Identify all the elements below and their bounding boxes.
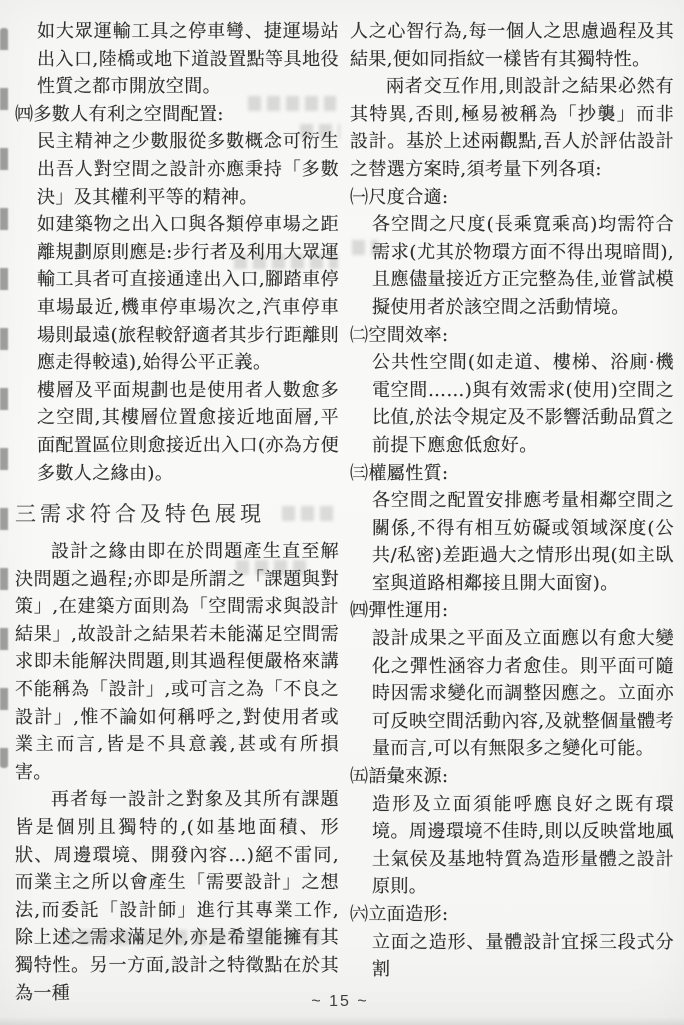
list-item-label: ㈣彈性運用: <box>350 597 674 625</box>
right-column: 人之心智行為,每一個人之思慮過程及其結果,便如同指紋一樣皆有其獨特性。兩者交互作… <box>350 18 674 984</box>
text-block: 如大眾運輸工具之停車彎、捷運場站出入口,陸橋或地下道設置點等具地役性質之都市開放… <box>37 18 339 101</box>
text-block: 各空間之配置安排應考量相鄰空間之關係,不得有相互妨礙或領域深度(公共/私密)差距… <box>372 487 674 597</box>
text-block: 再者每一設計之對象及其所有課題皆是個別且獨特的,(如基地面積、形狀、周邊環境、開… <box>15 786 339 1007</box>
scanned-document-page: 如大眾運輸工具之停車彎、捷運場站出入口,陸橋或地下道設置點等具地役性質之都市開放… <box>0 0 684 1025</box>
list-item-label: ㈤語彙來源: <box>350 763 674 791</box>
text-block: 立面之造形、量體設計宜採三段式分割 <box>372 929 674 984</box>
scan-edge-shadow <box>0 1017 684 1025</box>
section-heading: 三需求符合及特色展現 <box>15 497 339 531</box>
list-item-label: ㈠尺度合適: <box>350 184 674 212</box>
scan-gutter-artifact <box>0 28 8 768</box>
page-number: ~ 15 ~ <box>285 993 395 1011</box>
text-block: 樓層及平面規劃也是使用者人數愈多之空間,其樓層位置愈接近地面層,平面配置區位則愈… <box>37 377 339 487</box>
text-block: 民主精神之少數服從多數概念可衍生出吾人對空間之設計亦應秉持「多數決」及其權利平等… <box>37 128 339 211</box>
text-block: 兩者交互作用,則設計之結果必然有其特異,否則,極易被稱為「抄襲」而非設計。基於上… <box>350 73 674 183</box>
text-block: 造形及立面須能呼應良好之既有環境。周邊環境不佳時,則以反映當地風土氣侯及基地特質… <box>372 791 674 901</box>
text-block: 公共性空間(如走道、樓梯、浴廁·機電空間……)與有效需求(使用)空間之比值,於法… <box>372 349 674 459</box>
text-block: 設計成果之平面及立面應以有愈大變化之彈性涵容力者愈佳。則平面可隨時因需求變化而調… <box>372 625 674 763</box>
list-item-label: ㈢權屬性質: <box>350 460 674 488</box>
list-item-label: ㈥立面造形: <box>350 901 674 929</box>
list-item-label: ㈡空間效率: <box>350 322 674 350</box>
list-item-label: ㈣多數人有利之空間配置: <box>15 101 339 129</box>
text-block: 如建築物之出入口與各類停車場之距離規劃原則應是:步行者及利用大眾運輸工具者可直接… <box>37 211 339 377</box>
text-block: 設計之緣由即在於問題產生直至解決問題之過程;亦即是所謂之「課題與對策」,在建築方… <box>15 538 339 786</box>
text-block: 各空間之尺度(長乘寬乘高)均需符合需求(尤其於物環方面不得出現暗間),且應儘量接… <box>372 211 674 321</box>
text-block: 人之心智行為,每一個人之思慮過程及其結果,便如同指紋一樣皆有其獨特性。 <box>350 18 674 73</box>
left-column: 如大眾運輸工具之停車彎、捷運場站出入口,陸橋或地下道設置點等具地役性質之都市開放… <box>15 18 339 1007</box>
